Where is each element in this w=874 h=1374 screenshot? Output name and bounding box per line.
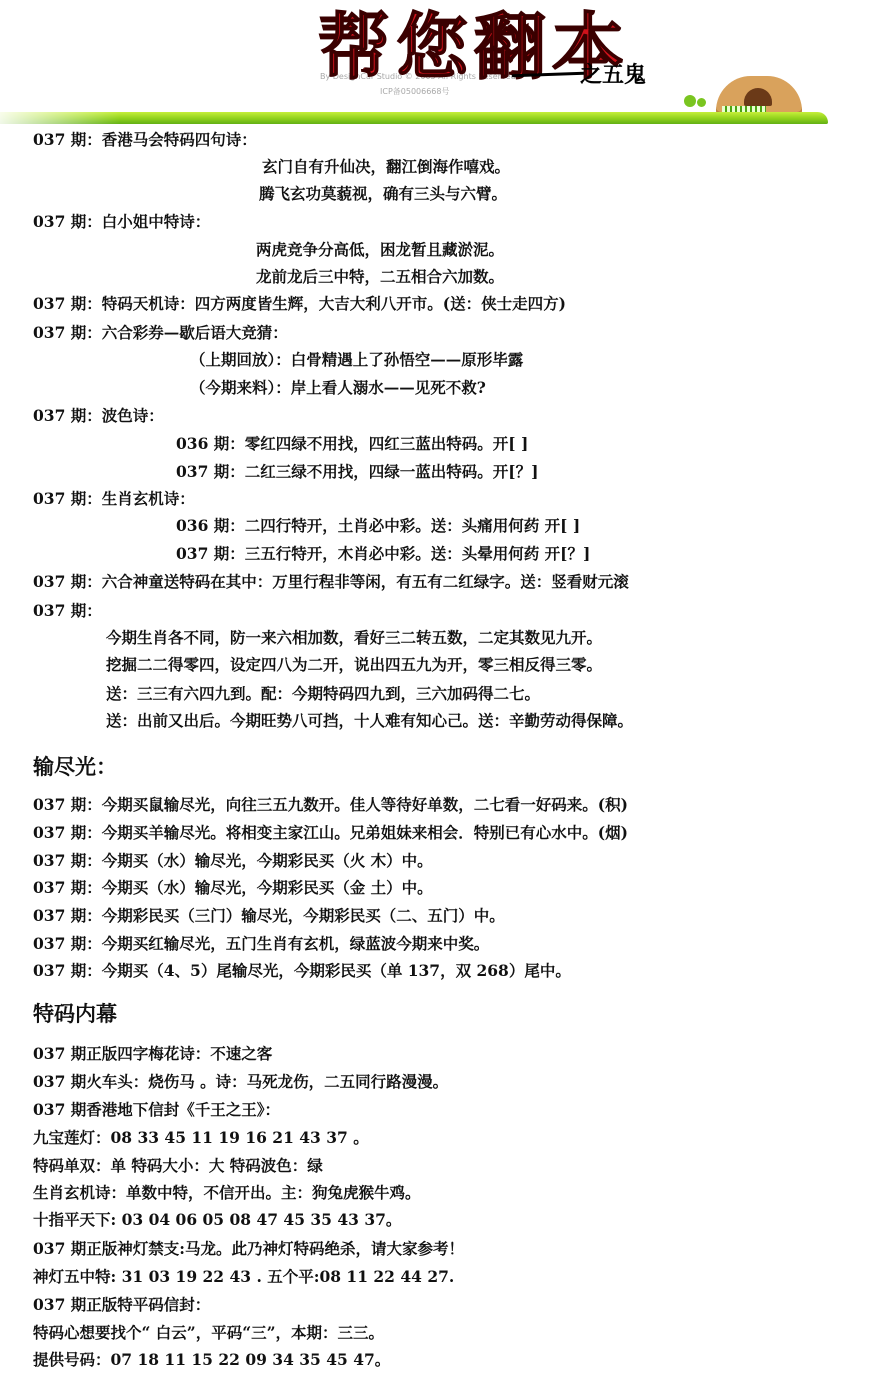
text-line: 特码心想要找个“ 白云”，平码“三”，本期：三三。 [33,1322,384,1344]
section-heading-inside-info: 特码内幕 [33,1000,117,1028]
poem-line: 两虎竞争分高低，困龙暂且藏淤泥。 [256,239,504,261]
text-line: 神灯五中特: 31 03 19 22 43 . 五个平:08 11 22 44 … [33,1266,454,1288]
text-line: 037 期正版特平码信封： [33,1294,210,1316]
tree-icon [684,95,696,107]
text-line: 037 期正版四字梅花诗：不速之客 [33,1043,272,1065]
tree-icon [697,98,706,107]
text-line: 037 期：波色诗： [33,405,164,427]
riddle-line: （上期回放）：白骨精遇上了孙悟空——原形毕露 [190,349,523,371]
riddle-line: （今期来料）：岸上看人溺水——见死不救? [190,377,486,399]
text-line: 037 期：白小姐中特诗： [33,211,210,233]
text-line: 037 期：香港马会特码四句诗： [33,129,257,151]
text-line: 037 期：六合神童送特码在其中：万里行程非等闲，有五有二红绿字。送：竖看财元滚 [33,571,629,593]
poem-line: 龙前龙后三中特，二五相合六加数。 [256,266,504,288]
grass-fade [0,112,120,124]
text-line: 037 期：今期买（4、5）尾输尽光，今期彩民买（单 137，双 268）尾中。 [33,960,571,982]
text-line: 十指平天下: 03 04 06 05 08 47 45 35 43 37。 [33,1209,401,1231]
poem-line: 送：出前又出后。今期旺势八可挡，十人难有知心己。送：辛勤劳动得保障。 [106,710,633,732]
poem-line: 036 期：二四行特开，土肖必中彩。送：头痛用何药 开[ ] [176,515,580,537]
poem-line: 挖掘二二得零四，设定四八为二开，说出四五九为开，零三相反得三零。 [106,654,602,676]
section-heading-lose-all: 输尽光： [33,753,117,781]
poem-line: 腾飞玄功莫藐视，确有三头与六臂。 [259,183,507,205]
text-line: 037 期：今期买红输尽光，五门生肖有玄机，绿蓝波今期来中奖。 [33,933,489,955]
text-line: 037 期：今期买（水）输尽光，今期彩民买（金 土）中。 [33,877,433,899]
text-line: 特码单双：单 特码大小：大 特码波色：绿 [33,1155,323,1177]
text-line: 037 期：六合彩券—歇后语大竞猜： [33,322,288,344]
poem-line: 送：三三有六四九到。配：今期特码四九到，三六加码得二七。 [106,683,540,705]
text-line: 037 期：生肖玄机诗： [33,488,195,510]
banner-header: By DesignCar Studio © 2005 All Rights Re… [0,0,874,128]
text-line: 生肖玄机诗：单数中特，不信开出。主：狗兔虎猴牛鸡。 [33,1182,421,1204]
poem-line: 037 期：三五行特开，木肖必中彩。送：头晕用何药 开[？] [176,543,590,565]
text-line: 037 期火车头：烧伤马 。诗：马死龙伤，二五同行路漫漫。 [33,1071,448,1093]
text-line: 037 期：特码天机诗：四方两度皆生辉，大吉大利八开市。(送：侠士走四方) [33,293,566,315]
text-line: 037 期：今期买鼠输尽光，向往三五九数开。佳人等待好单数，二七看一好码来。(积… [33,794,628,816]
text-line: 037 期：今期买（水）输尽光，今期彩民买（火 木）中。 [33,850,433,872]
text-line: 037 期： [33,600,102,622]
poem-line: 036 期：零红四绿不用找，四红三蓝出特码。开[ ] [176,433,528,455]
poem-line: 今期生肖各不同，防一来六相加数，看好三二转五数，二定其数见九开。 [106,627,602,649]
text-line: 037 期：今期买羊输尽光。将相变主家江山。兄弟姐妹来相会．特别已有心水中。(烟… [33,822,628,844]
banner-subtitle: 之五鬼 [580,60,646,90]
text-line: 037 期：今期彩民买（三门）输尽光，今期彩民买（二、五门）中。 [33,905,505,927]
text-line: 037 期香港地下信封《千王之王》： [33,1099,280,1121]
poem-line: 玄门自有升仙决，翻江倒海作嘻戏。 [262,156,510,178]
text-line: 九宝莲灯：08 33 45 11 19 16 21 43 37 。 [33,1127,369,1149]
text-line: 提供号码：07 18 11 15 22 09 34 35 45 47。 [33,1349,390,1371]
grass-divider [0,112,828,124]
poem-line: 037 期：二红三绿不用找，四绿一蓝出特码。开[？] [176,461,538,483]
text-line: 037 期正版神灯禁支:马龙。此乃神灯特码绝杀，请大家参考！ [33,1238,464,1260]
